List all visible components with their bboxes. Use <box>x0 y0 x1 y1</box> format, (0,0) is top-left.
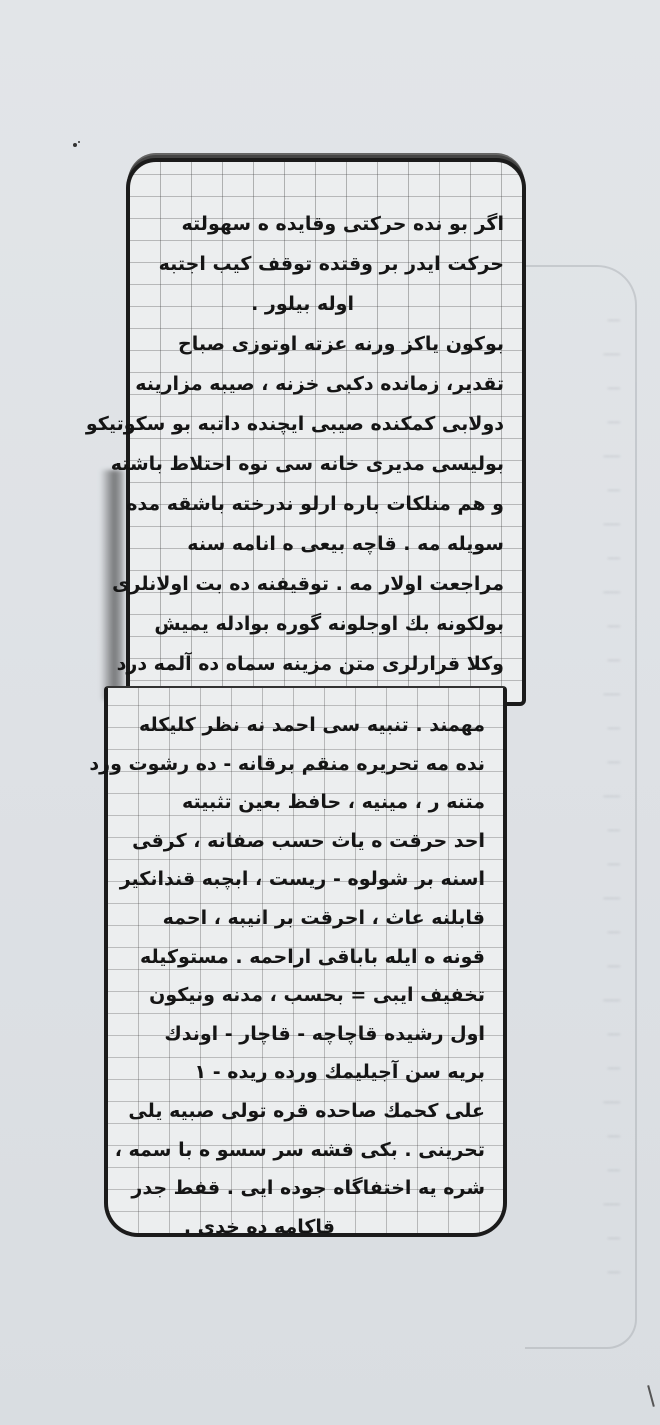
bleed-through-line: ــــ <box>530 776 620 810</box>
bleed-through-line: ـــ <box>530 912 620 946</box>
bleed-through-line: ــــ <box>530 1082 620 1116</box>
text-line: شره یه اختفاگاه جوده ایی . قفط جدر <box>122 1169 485 1208</box>
bleed-through-line: ـــ <box>530 742 620 776</box>
text-line: تحرینی . بکی قشه سر سسو ه با سمه ، <box>122 1131 485 1170</box>
text-line: حرکت ایدر بر وقتده توقف کیب اجتبه <box>144 244 504 284</box>
text-line: تخفیف ایبی = بحسب ، مدنه ونیکون <box>122 976 485 1015</box>
bleed-through-line: ـــ <box>530 844 620 878</box>
bleed-through-line: ــــ <box>530 1184 620 1218</box>
text-line: اول رشیده قاچاچه - قاچار - اوندك <box>122 1015 485 1054</box>
bleed-through-line: ـــ <box>530 300 620 334</box>
notebook-photocopy: اگر بو نده حرکتی وقایده ه سهولته حرکت ای… <box>104 158 519 1236</box>
bleed-through-line: ــــ <box>530 572 620 606</box>
text-line: وکلا قرارلری متن مزینه سماه ده آلمه درد <box>144 644 504 684</box>
bleed-through-line: ـــ <box>530 640 620 674</box>
bleed-through-text: ــــــــــــــــــــــــــــــــــــــــ… <box>530 300 620 1300</box>
text-line: متنه ر ، مینیه ، حافظ بعین تثبیته <box>122 783 485 822</box>
text-line: و هم منلکات باره ارلو ندرخته باشقه مده <box>144 484 504 524</box>
bleed-through-line: ـــ <box>530 1150 620 1184</box>
bleed-through-line: ـــ <box>530 1048 620 1082</box>
handwritten-text-block-bottom: مهمند . تنبیه سی احمد نه نظر کلیکله نده … <box>122 706 485 1246</box>
bleed-through-line: ـــ <box>530 402 620 436</box>
bleed-through-line: ـــ <box>530 368 620 402</box>
text-line: نده مه تحریره منقم برقانه - ده رشوت ورد <box>122 745 485 784</box>
text-line: احد حرقت ه یاث حسب صفانه ، کرقی <box>122 822 485 861</box>
text-line: اگر بو نده حرکتی وقایده ه سهولته <box>144 204 504 244</box>
text-line: سویله مه . قاچه بیعی ه انامه سنه <box>144 524 504 564</box>
text-line: اسنه بر شولوه - ریست ، ابچبه قندانکیر <box>122 860 485 899</box>
bleed-through-line: ـــ <box>530 1014 620 1048</box>
text-line: بوکون یاکز ورنه عزته اوتوزی صباح <box>144 324 504 364</box>
bleed-through-line: ـــ <box>530 538 620 572</box>
bleed-through-line: ــــ <box>530 674 620 708</box>
bleed-through-line: ـــ <box>530 708 620 742</box>
bleed-through-line: ــــ <box>530 436 620 470</box>
text-line: بولیسی مدیری خانه سی نوه احتلاط باشته <box>144 444 504 484</box>
text-line: قونه ه ایله باباقی اراحمه . مستوکیله <box>122 938 485 977</box>
margin-pen-mark <box>647 1385 655 1407</box>
ink-speck <box>78 141 80 143</box>
text-line: مراجعت اولار مه . توقیفنه ده بت اولانلری <box>144 564 504 604</box>
bleed-through-line: ـــ <box>530 946 620 980</box>
text-line: اوله بیلور . <box>144 284 504 324</box>
text-line: علی کحمك صاحده قره تولی صبیه یلی <box>122 1092 485 1131</box>
text-line: دولابی کمکنده صیبی ایچنده داتبه بو سکوتی… <box>144 404 504 444</box>
text-line: بریه سن آجیلیمك ورده ریده - ۱ <box>122 1053 485 1092</box>
text-line: مهمند . تنبیه سی احمد نه نظر کلیکله <box>122 706 485 745</box>
handwritten-text-block-top: اگر بو نده حرکتی وقایده ه سهولته حرکت ای… <box>144 204 504 724</box>
bleed-through-line: ـــ <box>530 606 620 640</box>
bleed-through-line: ـــ <box>530 470 620 504</box>
bleed-through-line: ــــ <box>530 334 620 368</box>
text-line: تقدیر، زمانده دکبی خزنه ، صیبه مزارینه <box>144 364 504 404</box>
text-line: قابلنه عاث ، احرقت بر انیبه ، احمه <box>122 899 485 938</box>
bleed-through-line: ـــ <box>530 1116 620 1150</box>
ink-speck <box>73 143 77 147</box>
notebook-bottom-page: مهمند . تنبیه سی احمد نه نظر کلیکله نده … <box>104 686 507 1237</box>
text-line: بولکونه بك اوجلونه گوره بوادله یمیش <box>144 604 504 644</box>
text-line: قاکامه ده خدی . <box>122 1208 485 1247</box>
bleed-through-line: ـــ <box>530 1218 620 1252</box>
notebook-top-page: اگر بو نده حرکتی وقایده ه سهولته حرکت ای… <box>126 158 526 706</box>
bleed-through-line: ـــ <box>530 1252 620 1286</box>
bleed-through-line: ــــ <box>530 878 620 912</box>
bleed-through-line: ـــ <box>530 810 620 844</box>
bleed-through-line: ــــ <box>530 980 620 1014</box>
bleed-through-line: ــــ <box>530 504 620 538</box>
